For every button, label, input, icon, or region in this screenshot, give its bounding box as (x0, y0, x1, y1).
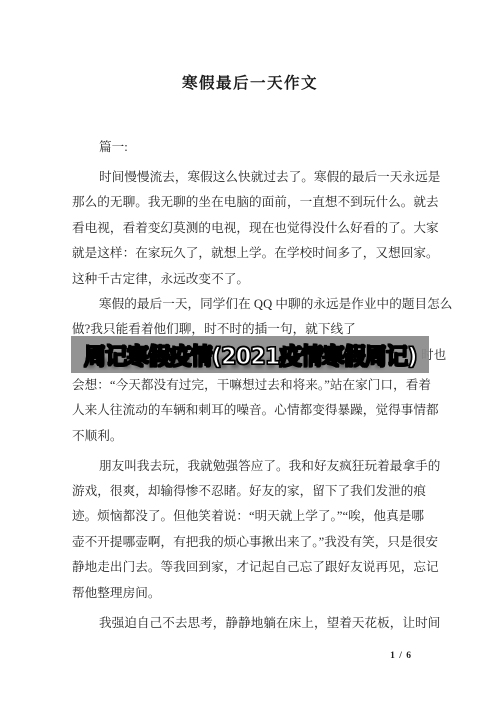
body-line: 游戏，很爽，却输得惨不忍睹。好友的家，留下了我们发泄的痕 (72, 479, 434, 504)
body-line: 篇一: (72, 135, 434, 160)
body-line: 壶不开提哪壶啊，有把我的烦心事揪出来了。”我没有笑，只是很安 (72, 530, 434, 555)
body-line: 我强迫自己不去思考，静静地躺在床上，望着天花板，让时间 (72, 611, 434, 636)
essay-title: 寒假最后一天作文 (0, 71, 500, 93)
body-line: 静地走出门去。等我回到家，才记起自己忘了跟好友说再见，忘记 (72, 555, 434, 580)
watermark-banner: 周记寒假疫情(2021疫情寒假周记) (71, 336, 429, 373)
body-line: 帮他整理房间。 (72, 581, 434, 606)
body-line: 人来人往流动的车辆和刺耳的噪音。心情都变得暴躁，觉得事情都 (72, 398, 434, 423)
banner-title: 周记寒假疫情(2021疫情寒假周记) (84, 338, 417, 371)
body-line: 朋友叫我去玩，我就勉强答应了。我和好友疯狂玩着最拿手的 (72, 454, 434, 479)
body-line: 寒假的最后一天，同学们在 QQ 中聊的永远是作业中的题目怎么 (72, 292, 434, 317)
body-line: 那么的无聊。我无聊的坐在电脑的面前，一直想不到玩什么。就去 (72, 190, 434, 215)
page-number: 1 / 6 (390, 651, 412, 661)
body-line: 不顺利。 (72, 424, 434, 449)
body-line: 迹。烦恼都没了。但他笑着说：“明天就上学了。”“唉，他真是哪 (72, 504, 434, 529)
body-line: 看电视，看着变幻莫测的电视，现在也觉得没什么好看的了。大家 (72, 216, 434, 241)
body-line: 这种千古定律，永远改变不了。 (72, 267, 434, 292)
document-page: 寒假最后一天作文 篇一: 时间慢慢流去，寒假这么快就过去了。寒假的最后一天永远是… (0, 0, 500, 706)
body-line: 时间慢慢流去，寒假这么快就过去了。寒假的最后一天永远是 (72, 165, 434, 190)
body-line: 就是这样：在家玩久了，就想上学。在学校时间多了，又想回家。 (72, 241, 434, 266)
essay-body: 篇一: 时间慢慢流去，寒假这么快就过去了。寒假的最后一天永远是 那么的无聊。我无… (72, 135, 434, 636)
body-line: 会想：“今天都没有过完，干嘛想过去和将来。”站在家门口，看着 (72, 373, 434, 398)
